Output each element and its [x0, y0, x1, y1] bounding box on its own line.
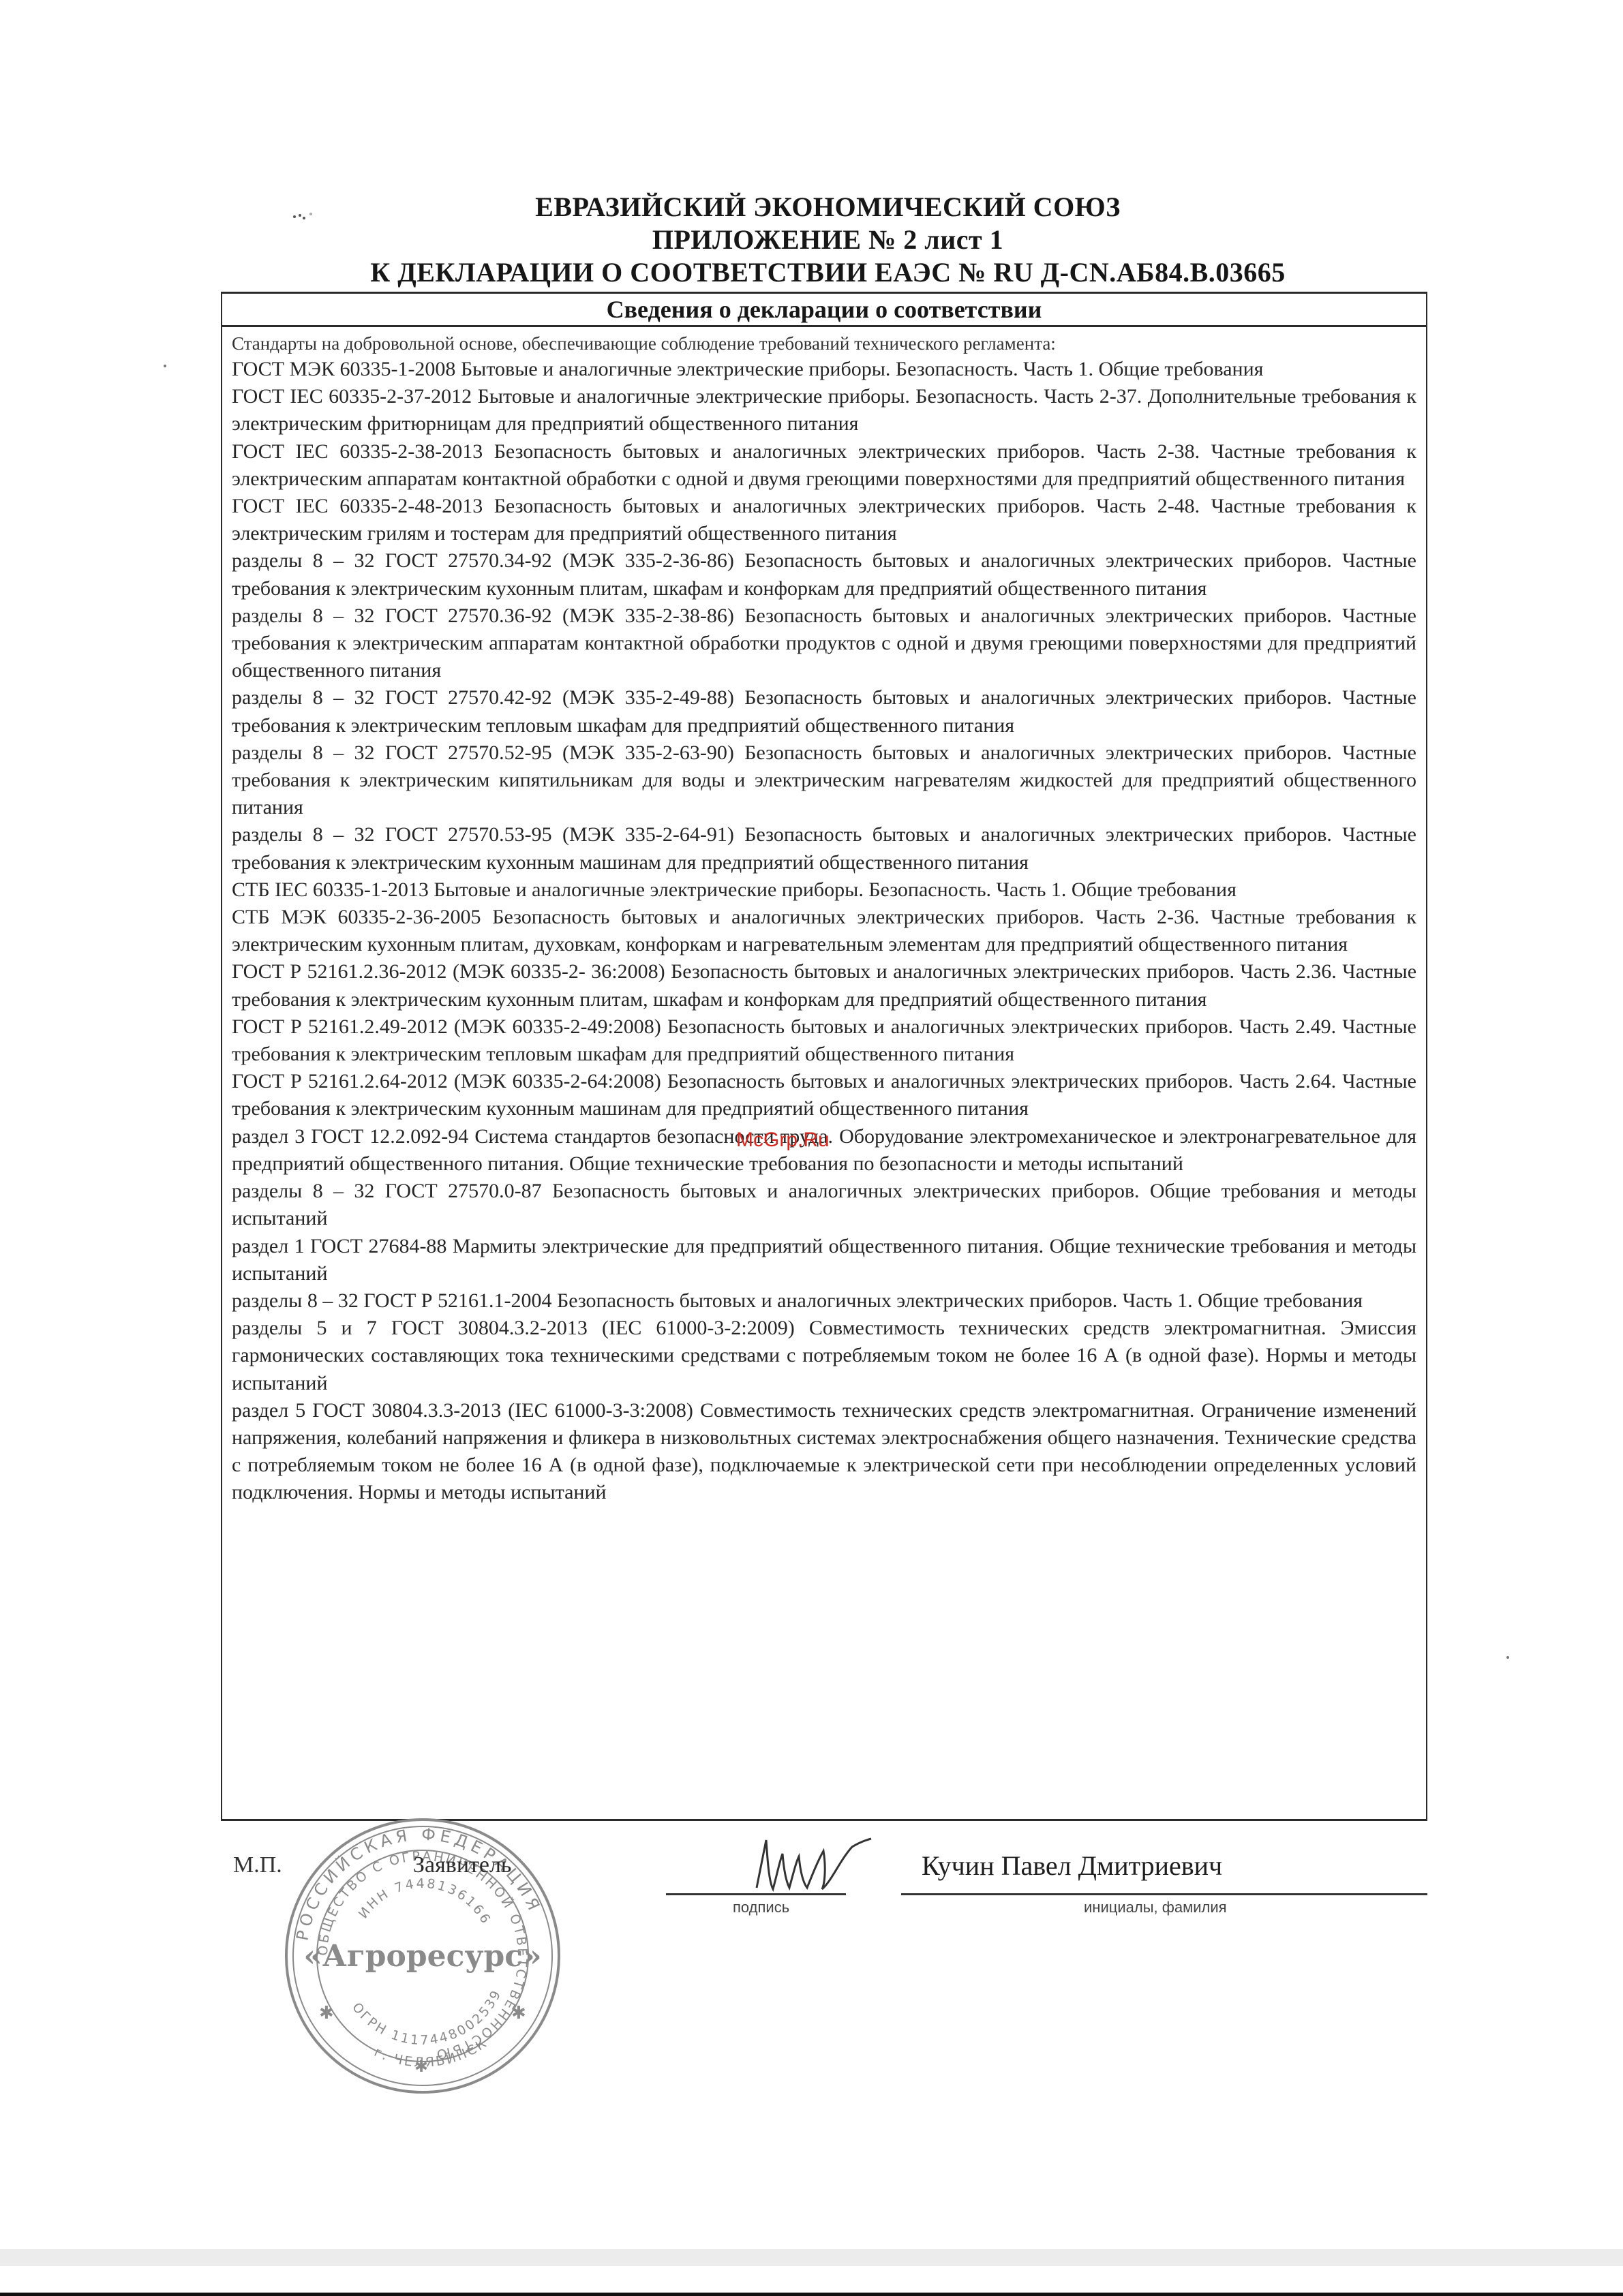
applicant-name: Кучин Павел Дмитриевич — [922, 1850, 1222, 1882]
standard-code: СТБ МЭК 60335-2-36-2005 — [232, 906, 481, 928]
standard-item: разделы 8 – 32 ГОСТ 27570.36-92 (МЭК 335… — [232, 602, 1416, 685]
header-union: ЕВРАЗИЙСКИЙ ЭКОНОМИЧЕСКИЙ СОЮЗ — [16, 191, 1623, 223]
standards-list: Стандарты на добровольной основе, обеспе… — [222, 327, 1426, 1507]
box-title: Сведения о декларации о соответствии — [222, 294, 1426, 327]
standard-code: раздел 1 ГОСТ 27684-88 — [232, 1235, 446, 1257]
standard-item: ГОСТ IEC 60335-2-37-2012 Бытовые и анало… — [232, 383, 1416, 438]
standard-code: СТБ IEC 60335-1-2013 — [232, 878, 429, 901]
svg-text:✱: ✱ — [511, 2003, 526, 2023]
standard-item: ГОСТ IEC 60335-2-38-2013 Безопасность бы… — [232, 438, 1416, 493]
page-bottom-border — [0, 2293, 1623, 2296]
svg-text:✱: ✱ — [414, 2058, 428, 2076]
declaration-info-box: Сведения о декларации о соответствии Ста… — [221, 292, 1427, 1821]
standards-intro: Стандарты на добровольной основе, обеспе… — [232, 331, 1416, 356]
standard-item: разделы 8 – 32 ГОСТ 27570.53-95 (МЭК 335… — [232, 821, 1416, 876]
standard-description: Бытовые и аналогичные электрические приб… — [434, 878, 1237, 901]
standard-code: разделы 8 – 32 ГОСТ Р 52161.1-2004 — [232, 1289, 551, 1312]
signature-line — [666, 1893, 846, 1895]
scan-artifact — [164, 365, 166, 367]
standard-code: разделы 8 – 32 ГОСТ 27570.53-95 (МЭК 335… — [232, 823, 734, 846]
standard-code: разделы 8 – 32 ГОСТ 27570.42-92 (МЭК 335… — [232, 686, 734, 709]
standard-item: СТБ IEC 60335-1-2013 Бытовые и аналогичн… — [232, 876, 1416, 904]
header-appendix: ПРИЛОЖЕНИЕ № 2 лист 1 — [16, 224, 1623, 256]
standard-item: раздел 1 ГОСТ 27684-88 Мармиты электриче… — [232, 1233, 1416, 1287]
scan-artifact — [1506, 1656, 1509, 1659]
standard-item: ГОСТ IEC 60335-2-48-2013 Безопасность бы… — [232, 493, 1416, 547]
standard-item: разделы 8 – 32 ГОСТ 27570.34-92 (МЭК 335… — [232, 547, 1416, 602]
standard-description: Безопасность бытовых и аналогичных элект… — [557, 1289, 1363, 1312]
standard-item: разделы 8 – 32 ГОСТ 27570.52-95 (МЭК 335… — [232, 739, 1416, 822]
standard-code: ГОСТ МЭК 60335-1-2008 — [232, 358, 455, 380]
watermark: McGrp.Ru — [736, 1129, 830, 1152]
standard-item: разделы 8 – 32 ГОСТ 27570.42-92 (МЭК 335… — [232, 684, 1416, 739]
standard-code: раздел 3 ГОСТ 12.2.092-94 — [232, 1125, 468, 1148]
standard-code: ГОСТ Р 52161.2.36-2012 (МЭК 60335-2- 36:… — [232, 960, 665, 983]
standard-item: ГОСТ Р 52161.2.64-2012 (МЭК 60335-2-64:2… — [232, 1068, 1416, 1122]
standard-item: ГОСТ Р 52161.2.49-2012 (МЭК 60335-2-49:2… — [232, 1013, 1416, 1068]
standard-item: ГОСТ Р 52161.2.36-2012 (МЭК 60335-2- 36:… — [232, 958, 1416, 1013]
standard-code: ГОСТ IEC 60335-2-38-2013 — [232, 440, 483, 463]
standard-code: раздел 5 ГОСТ 30804.3.3-2013 (IEC 61000-… — [232, 1399, 693, 1422]
standard-item: разделы 8 – 32 ГОСТ 27570.0-87 Безопасно… — [232, 1178, 1416, 1232]
signature — [750, 1833, 873, 1895]
signature-caption: подпись — [733, 1899, 789, 1916]
standard-code: ГОСТ Р 52161.2.64-2012 (МЭК 60335-2-64:2… — [232, 1070, 661, 1092]
standard-item: ГОСТ МЭК 60335-1-2008 Бытовые и аналогич… — [232, 356, 1416, 383]
standard-code: ГОСТ IEC 60335-2-48-2013 — [232, 495, 483, 517]
standard-item: СТБ МЭК 60335-2-36-2005 Безопасность быт… — [232, 904, 1416, 958]
standard-item: разделы 5 и 7 ГОСТ 30804.3.2-2013 (IEC 6… — [232, 1315, 1416, 1397]
applicant-label: Заявитель — [413, 1852, 511, 1878]
standard-code: разделы 8 – 32 ГОСТ 27570.52-95 (МЭК 335… — [232, 741, 734, 764]
svg-text:«Агроресурс»: «Агроресурс» — [303, 1939, 541, 1974]
standard-code: разделы 8 – 32 ГОСТ 27570.0-87 — [232, 1180, 542, 1202]
standard-code: ГОСТ IEC 60335-2-37-2012 — [232, 385, 472, 408]
standard-code: разделы 5 и 7 ГОСТ 30804.3.2-2013 (IEC 6… — [232, 1317, 795, 1339]
standard-item: разделы 8 – 32 ГОСТ Р 52161.1-2004 Безоп… — [232, 1287, 1416, 1315]
standard-code: разделы 8 – 32 ГОСТ 27570.36-92 (МЭК 335… — [232, 604, 734, 627]
seal-place-label: М.П. — [233, 1852, 282, 1878]
svg-text:✱: ✱ — [319, 2003, 334, 2023]
standard-code: ГОСТ Р 52161.2.49-2012 (МЭК 60335-2-49:2… — [232, 1015, 661, 1038]
name-caption: инициалы, фамилия — [1084, 1899, 1227, 1916]
header-declaration-number: К ДЕКЛАРАЦИИ О СООТВЕТСТВИИ ЕАЭС № RU Д-… — [16, 256, 1623, 288]
svg-text:ИНН 7448136166: ИНН 7448136166 — [356, 1876, 494, 1928]
standard-description: Бытовые и аналогичные электрические приб… — [461, 358, 1264, 380]
standard-code: разделы 8 – 32 ГОСТ 27570.34-92 (МЭК 335… — [232, 549, 734, 572]
name-line — [901, 1893, 1427, 1895]
standard-item: раздел 5 ГОСТ 30804.3.3-2013 (IEC 61000-… — [232, 1397, 1416, 1507]
scan-edge — [0, 2249, 1623, 2266]
